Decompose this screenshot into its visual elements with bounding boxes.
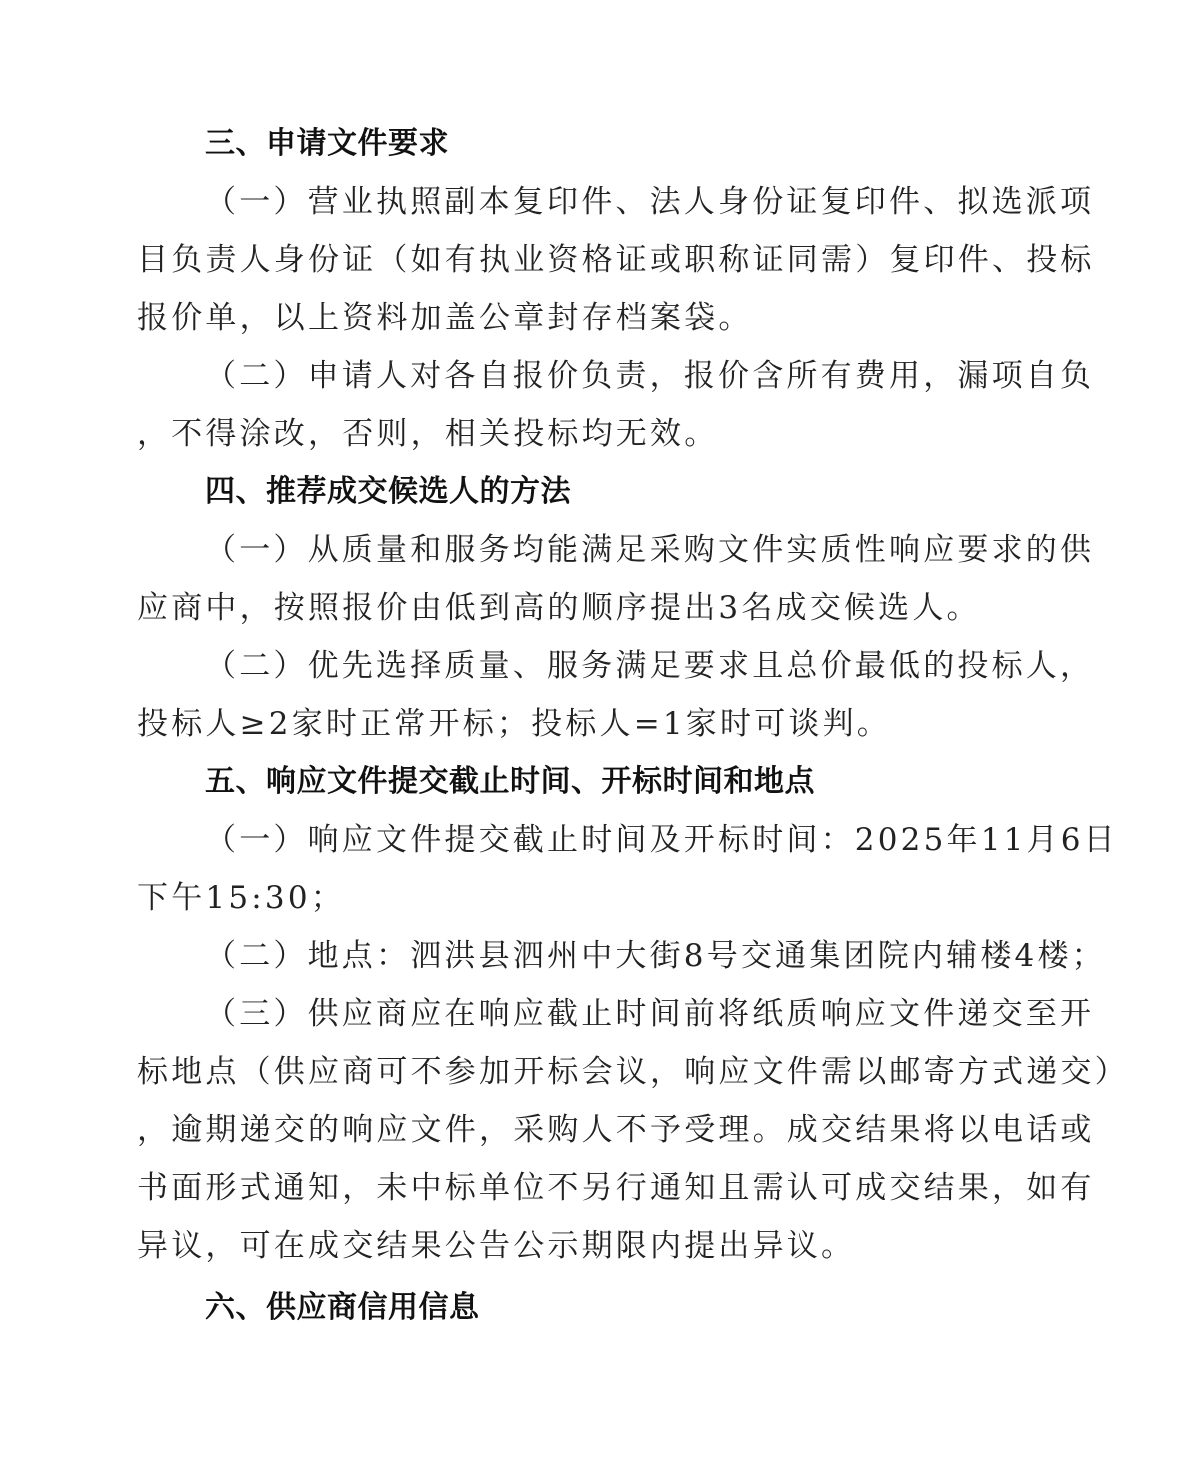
section-heading-candidate-method: 四、推荐成交候选人的方法 <box>205 472 571 512</box>
paragraph-line: （二）申请人对各自报价负责，报价含所有费用，漏项自负 <box>205 356 1094 396</box>
paragraph-line: 书面形式通知，未中标单位不另行通知且需认可成交结果，如有 <box>137 1168 1095 1208</box>
paragraph-line: 异议，可在成交结果公告公示期限内提出异议。 <box>137 1226 855 1266</box>
paragraph-line: ，逾期递交的响应文件，采购人不予受理。成交结果将以电话或 <box>137 1110 1095 1150</box>
paragraph-line: 下午15:30； <box>137 878 345 918</box>
paragraph-line: （一）营业执照副本复印件、法人身份证复印件、拟选派项 <box>205 182 1094 222</box>
paragraph-line: 应商中，按照报价由低到高的顺序提出3名成交候选人。 <box>137 588 981 628</box>
paragraph-line: ，不得涂改，否则，相关投标均无效。 <box>137 414 718 454</box>
paragraph-line: （二）地点：泗洪县泗州中大街8号交通集团院内辅楼4楼； <box>205 936 1106 976</box>
paragraph-line: 投标人≥2家时正常开标；投标人=1家时可谈判。 <box>137 704 891 744</box>
section-heading-supplier-credit: 六、供应商信用信息 <box>205 1288 480 1328</box>
section-heading-application-requirements: 三、申请文件要求 <box>205 124 449 164</box>
paragraph-line: （三）供应商应在响应截止时间前将纸质响应文件递交至开 <box>205 994 1094 1034</box>
paragraph-line: 目负责人身份证（如有执业资格证或职称证同需）复印件、投标 <box>137 240 1095 280</box>
paragraph-line: （二）优先选择质量、服务满足要求且总价最低的投标人， <box>205 646 1094 686</box>
paragraph-line: （一）响应文件提交截止时间及开标时间：2025年11月6日 <box>205 820 1118 860</box>
section-heading-deadline-location: 五、响应文件提交截止时间、开标时间和地点 <box>205 762 815 802</box>
paragraph-line: 报价单，以上资料加盖公章封存档案袋。 <box>137 298 753 338</box>
paragraph-line: （一）从质量和服务均能满足采购文件实质性响应要求的供 <box>205 530 1094 570</box>
paragraph-line: 标地点（供应商可不参加开标会议，响应文件需以邮寄方式递交） <box>137 1052 1129 1092</box>
